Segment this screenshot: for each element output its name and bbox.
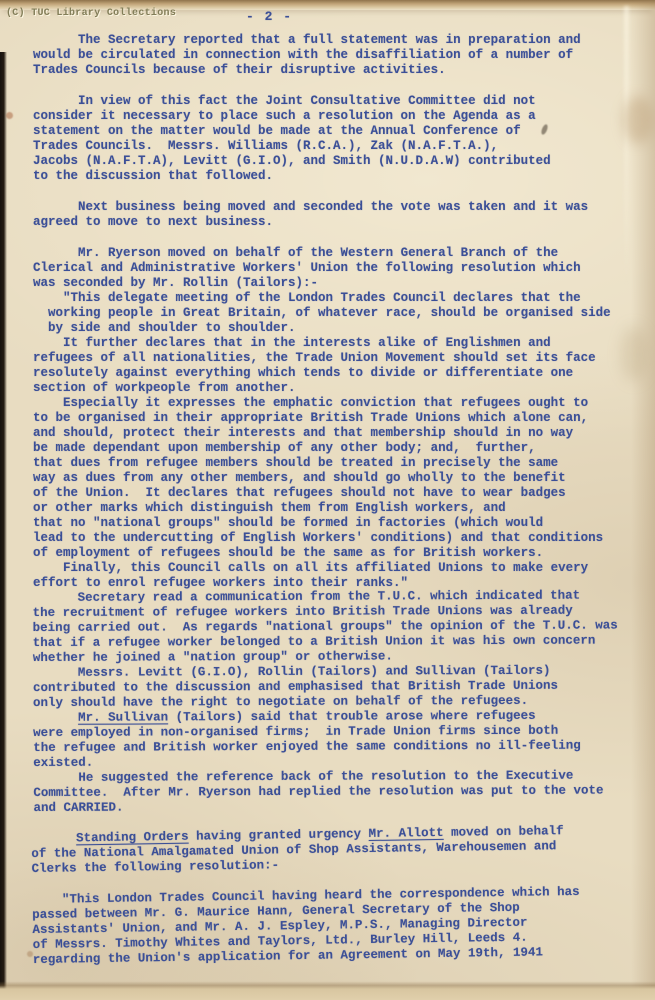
standing-orders-indent bbox=[31, 831, 76, 846]
scanned-document-page: (C) TUC Library Collections - 2 - The Se… bbox=[0, 0, 655, 1000]
allott-name-underlined: Mr. Allott bbox=[369, 826, 444, 841]
standing-orders-middle-text: having granted urgency bbox=[189, 827, 369, 844]
paragraph-joint-consultative-committee: In view of this fact the Joint Consultat… bbox=[33, 94, 633, 184]
standing-orders-underlined: Standing Orders bbox=[76, 830, 189, 846]
paragraph-secretary-report: The Secretary reported that a full state… bbox=[33, 33, 633, 78]
paragraph-shop-assistants-resolution: "This London Trades Council having heard… bbox=[32, 884, 633, 968]
sullivan-name-underlined: Mr. Sullivan bbox=[78, 710, 168, 724]
paragraph-vote-carried: He suggested the reference back of the r… bbox=[33, 768, 633, 816]
page-number: - 2 - bbox=[246, 9, 293, 24]
paragraph-resolution-text: "This delegate meeting of the London Tra… bbox=[33, 291, 633, 591]
paragraph-standing-orders: Standing Orders having granted urgency M… bbox=[31, 823, 632, 877]
paragraph-ryerson-resolution-intro: Mr. Ryerson moved on behalf of the Weste… bbox=[33, 246, 633, 291]
paragraph-sullivan-remarks: Mr. Sullivan (Tailors) said that trouble… bbox=[33, 708, 633, 771]
document-body: The Secretary reported that a full state… bbox=[33, 33, 633, 968]
page-left-edge bbox=[0, 52, 7, 990]
copyright-watermark: (C) TUC Library Collections bbox=[6, 8, 176, 19]
stain-mark-1 bbox=[6, 112, 13, 119]
page-right-shading bbox=[631, 0, 655, 1000]
paragraph-tuc-communication: Secretary read a communication from the … bbox=[33, 588, 633, 666]
document-body-bottom-section: Standing Orders having granted urgency M… bbox=[31, 823, 633, 968]
page-bottom-edge bbox=[0, 974, 655, 1000]
sullivan-indent bbox=[33, 711, 78, 725]
paragraph-next-business: Next business being moved and seconded t… bbox=[33, 200, 633, 230]
paragraph-discussion-contributors: Messrs. Levitt (G.I.O), Rollin (Tailors)… bbox=[33, 663, 633, 711]
document-body-middle-section: Secretary read a communication from the … bbox=[33, 588, 634, 816]
